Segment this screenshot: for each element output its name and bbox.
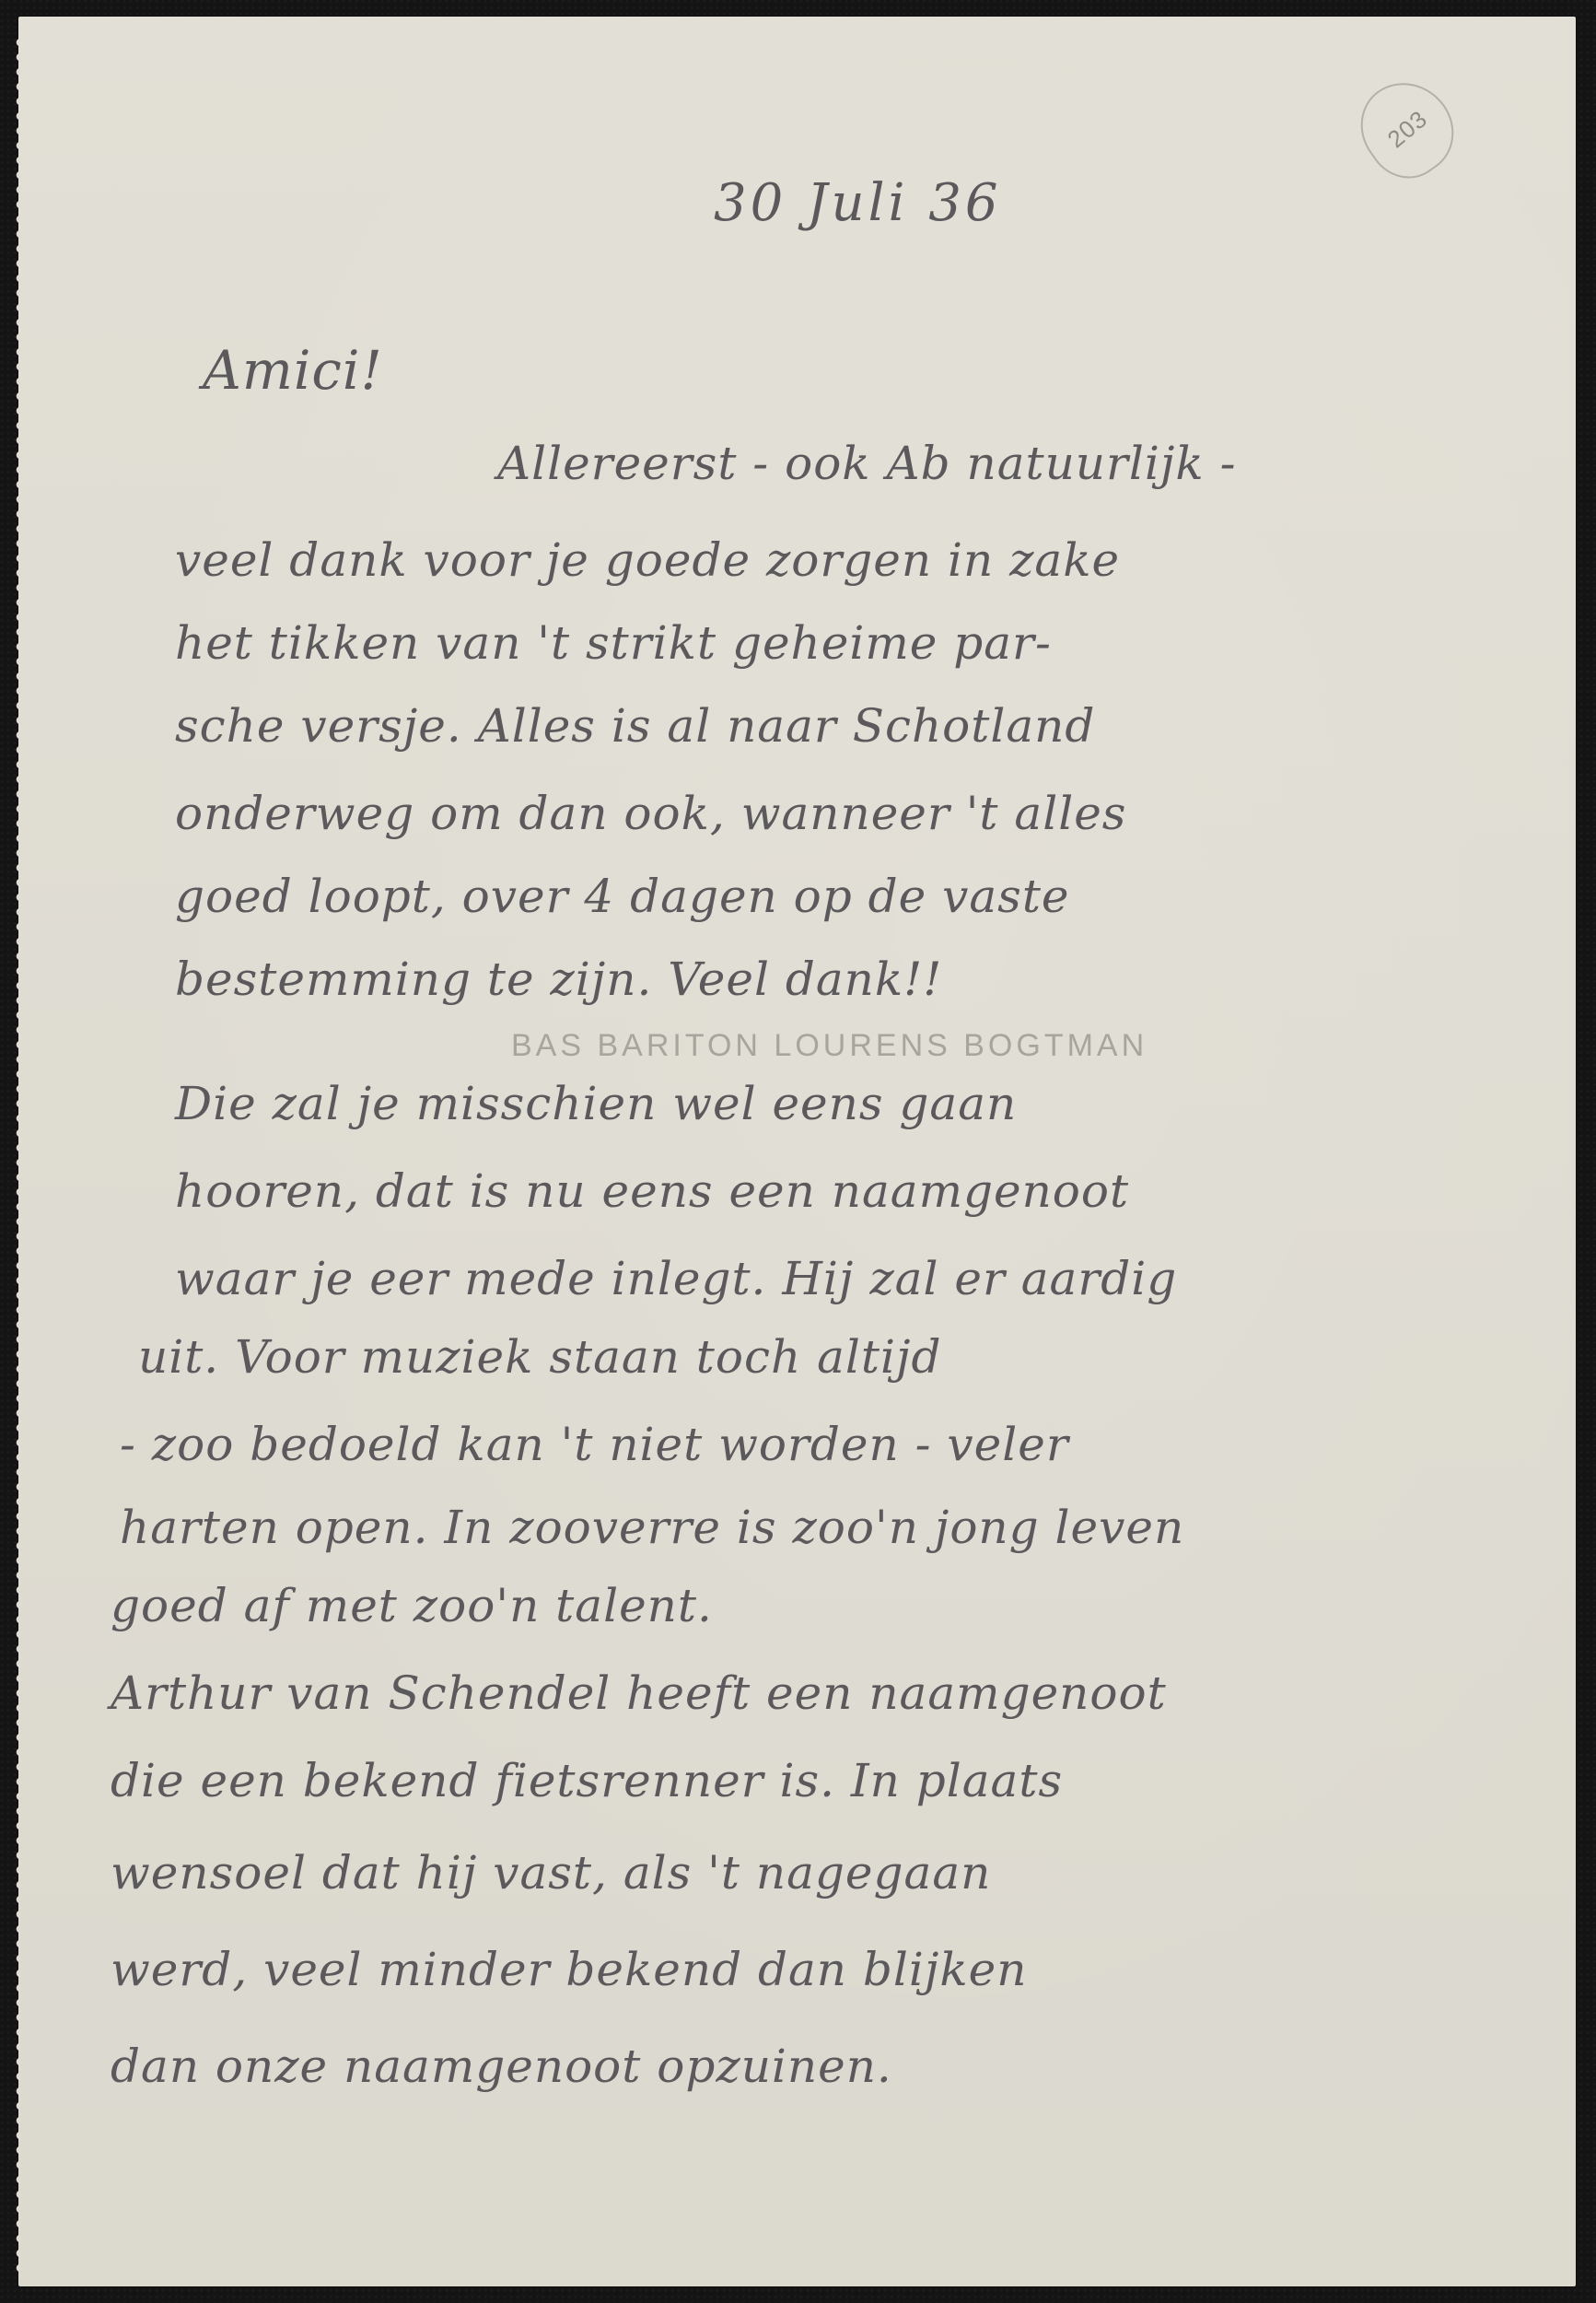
letter-page: 203 30 Juli 36 Amici! Allereerst - ook A…: [18, 17, 1576, 2286]
letter-line-19: dan onze naamgenoot opzuinen.: [111, 2043, 892, 2089]
letter-line-2: veel dank voor je goede zorgen in zake: [175, 537, 1120, 583]
letter-line-5: onderweg om dan ook, wanneer 't alles: [175, 790, 1126, 836]
salutation: Amici!: [203, 344, 383, 397]
letter-line-1: Allereerst - ook Ab natuurlijk -: [497, 440, 1236, 486]
scan-background: 203 30 Juli 36 Amici! Allereerst - ook A…: [0, 0, 1596, 2303]
pencil-annotation: BAS BARITON LOURENS BOGTMAN: [511, 1030, 1147, 1061]
archive-page-number-circle: 203: [1344, 64, 1471, 193]
letter-line-17: wensoel dat hij vast, als 't nagegaan: [111, 1850, 991, 1896]
letter-line-4: sche versje. Alles is al naar Schotland: [175, 703, 1095, 749]
letter-line-14: goed af met zoo'n talent.: [111, 1583, 713, 1629]
letter-line-6: goed loopt, over 4 dagen op de vaste: [175, 873, 1070, 919]
letter-date: 30 Juli 36: [714, 178, 1001, 229]
letter-line-16: die een bekend fietsrenner is. In plaats: [111, 1758, 1063, 1804]
letter-line-7: bestemming te zijn. Veel dank!!: [175, 956, 942, 1002]
letter-line-15: Arthur van Schendel heeft een naamgenoot: [111, 1670, 1167, 1716]
letter-line-3: het tikken van 't strikt geheime par-: [175, 620, 1052, 666]
letter-line-13: harten open. In zooverre is zoo'n jong l…: [120, 1504, 1184, 1550]
archive-page-number: 203: [1381, 104, 1432, 154]
letter-line-9: hooren, dat is nu eens een naamgenoot: [175, 1168, 1129, 1214]
letter-line-10: waar je eer mede inlegt. Hij zal er aard…: [175, 1256, 1177, 1302]
letter-line-18: werd, veel minder bekend dan blijken: [111, 1946, 1027, 1993]
letter-line-12: - zoo bedoeld kan 't niet worden - veler: [120, 1421, 1069, 1467]
letter-line-11: uit. Voor muziek staan toch altijd: [138, 1334, 941, 1380]
letter-line-8: Die zal je misschien wel eens gaan: [175, 1081, 1017, 1127]
